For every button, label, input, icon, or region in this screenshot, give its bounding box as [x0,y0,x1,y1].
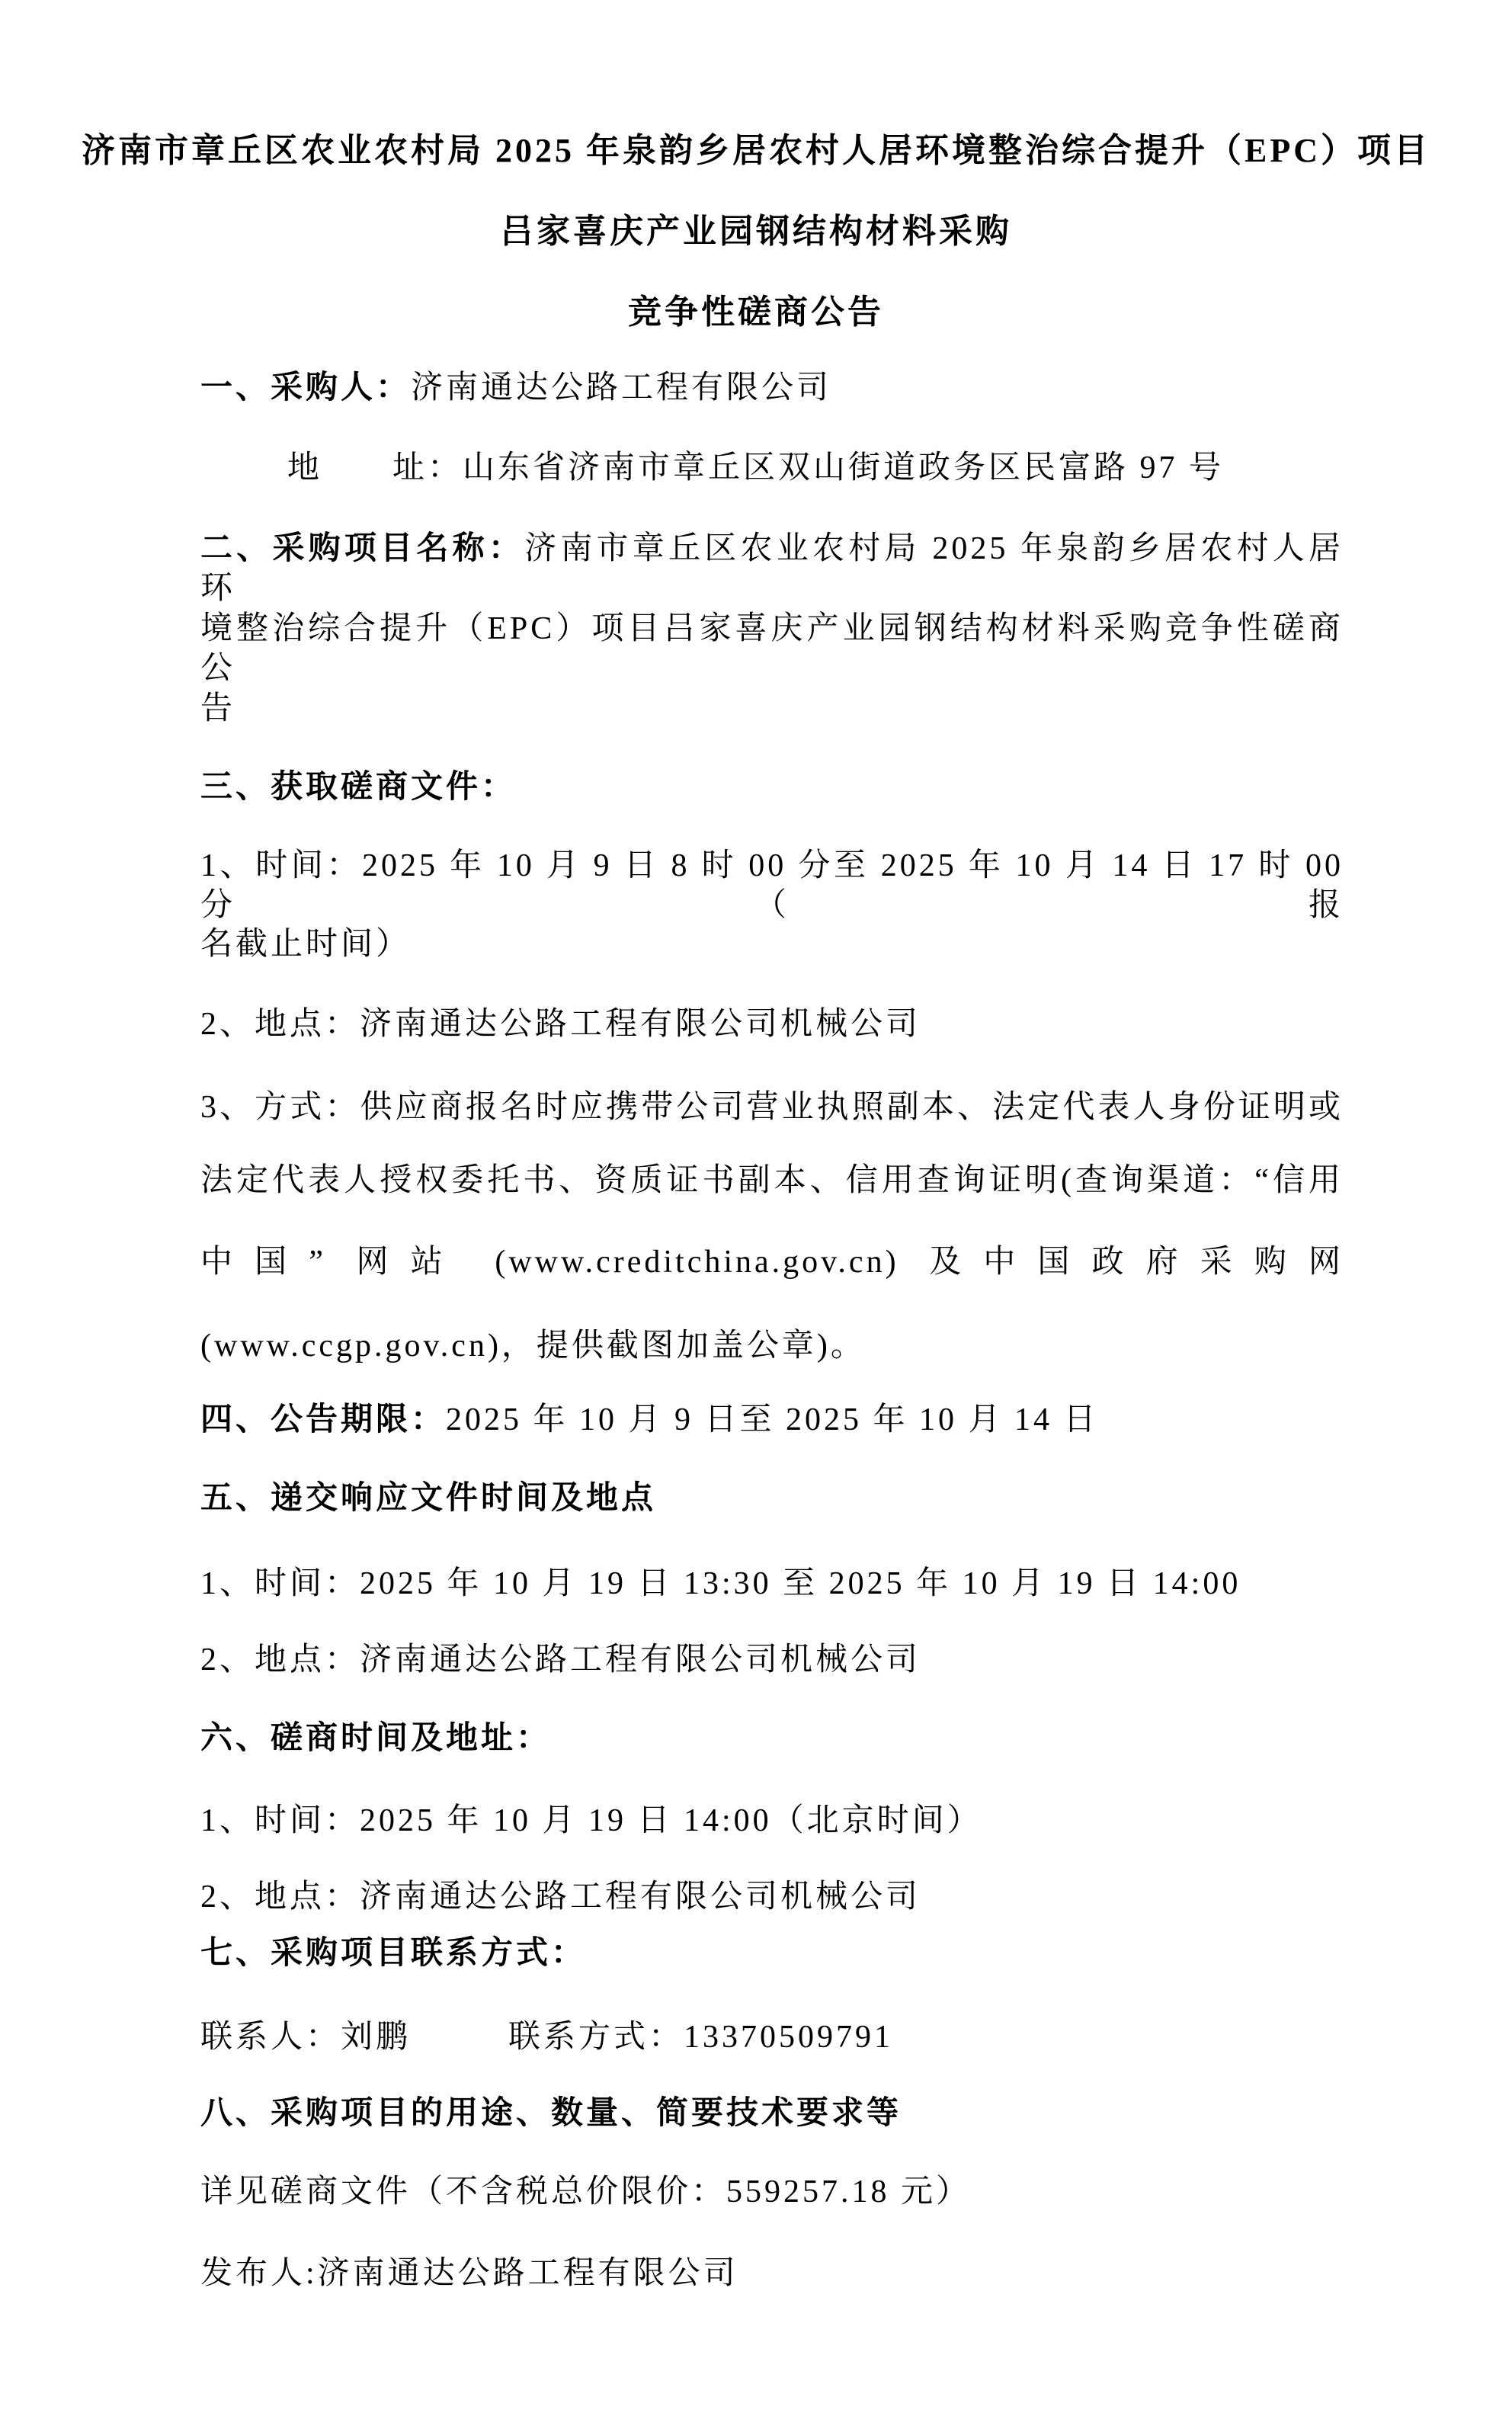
line-publisher: 发布人:济南通达公路工程有限公司 [200,2254,1344,2293]
requirements-heading: 八、采购项目的用途、数量、简要技术要求等 [200,2096,902,2131]
period-value: 2025 年 10 月 9 日至 2025 年 10 月 14 日 [446,1402,1099,1437]
period-label: 四、公告期限： [200,1402,446,1437]
publisher-value: 济南通达公路工程有限公司 [318,2256,738,2291]
line-obtain-time-1: 1、时间：2025 年 10 月 9 日 8 时 00 分至 2025 年 10… [200,846,1344,925]
line-obtain-time-2: 名截止时间） [200,924,1344,964]
line-obtain-method-4: (www.ccgp.gov.cn)，提供截图加盖公章)。 [200,1326,1344,1366]
negotiation-heading: 六、磋商时间及地址： [200,1721,551,1756]
publisher-label: 发布人: [200,2256,318,2291]
contact-heading: 七、采购项目联系方式： [200,1936,586,1971]
line-negotiation-heading: 六、磋商时间及地址： [200,1719,1344,1758]
line-requirements-heading: 八、采购项目的用途、数量、简要技术要求等 [200,2094,1344,2133]
contact-phone: 13370509791 [684,2020,893,2055]
contact-phone-label: 联系方式： [508,2017,684,2057]
line-contact: 联系人：刘鹏联系方式：13370509791 [200,2017,1344,2057]
obtain-heading: 三、获取磋商文件： [200,770,516,805]
purchaser-label: 一、采购人： [200,370,411,405]
line-negotiation-time: 1、时间：2025 年 10 月 19 日 14:00（北京时间） [200,1801,1344,1841]
line-obtain-place: 2、地点：济南通达公路工程有限公司机械公司 [200,1005,1344,1044]
line-obtain-method-3: 中国” 网站 (www.creditchina.gov.cn) 及中国政府采购网 [200,1242,1344,1282]
line-obtain-method-2: 法定代表人授权委托书、资质证书副本、信用查询证明(查询渠道：“信用 [200,1161,1344,1200]
line-negotiation-place: 2、地点：济南通达公路工程有限公司机械公司 [200,1877,1344,1917]
address-value: 山东省济南市章丘区双山街道政务区民富路 97 号 [463,450,1224,485]
doc-title-line2: 吕家喜庆产业园钢结构材料采购 [0,212,1512,252]
submission-heading: 五、递交响应文件时间及地点 [200,1481,656,1516]
line-address: 地 址：山东省济南市章丘区双山街道政务区民富路 97 号 [200,448,1344,488]
line-period: 四、公告期限：2025 年 10 月 9 日至 2025 年 10 月 14 日 [200,1400,1344,1440]
contact-person-label: 联系人： [200,2020,341,2055]
address-label: 地 址： [287,450,463,485]
line-submission-heading: 五、递交响应文件时间及地点 [200,1479,1344,1518]
line-submission-place: 2、地点：济南通达公路工程有限公司机械公司 [200,1640,1344,1680]
line-submission-time: 1、时间：2025 年 10 月 19 日 13:30 至 2025 年 10 … [200,1564,1344,1604]
line-project-name-2: 境整治综合提升（EPC）项目吕家喜庆产业园钢结构材料采购竞争性磋商公 [200,609,1344,688]
contact-person: 刘鹏 [341,2020,411,2055]
line-purchaser: 一、采购人：济南通达公路工程有限公司 [200,368,1344,408]
line-obtain-heading: 三、获取磋商文件： [200,767,1344,807]
line-project-name-3: 告 [200,689,1344,729]
line-project-name-1: 二、采购项目名称：济南市章丘区农业农村局 2025 年泉韵乡居农村人居环 [200,529,1344,608]
line-requirements-detail: 详见磋商文件（不含税总价限价：559257.18 元） [200,2172,1344,2212]
doc-title-line1: 济南市章丘区农业农村局 2025 年泉韵乡居农村人居环境整治综合提升（EPC）项… [0,131,1512,171]
line-obtain-method-1: 3、方式：供应商报名时应携带公司营业执照副本、法定代表人身份证明或 [200,1088,1344,1127]
project-name-label: 二、采购项目名称： [200,531,524,566]
line-contact-heading: 七、采购项目联系方式： [200,1934,1344,1973]
doc-title-line3: 竞争性磋商公告 [0,293,1512,332]
purchaser-value: 济南通达公路工程有限公司 [411,370,831,405]
document-page: 济南市章丘区农业农村局 2025 年泉韵乡居农村人居环境整治综合提升（EPC）项… [0,0,1512,2416]
